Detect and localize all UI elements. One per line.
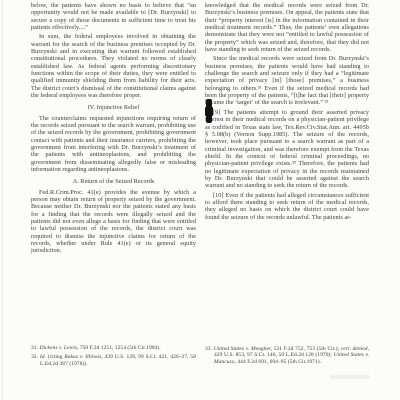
rule41e-paragraph: Fed.R.Crim.Proc. 41(e) provides the aven… <box>31 189 196 255</box>
footnote-33-number: 33. <box>205 346 214 352</box>
footnote-33-reporter-citation-2: 429 U.S. 853, 97 S.Ct. 146, 50 L.Ed.2d 1… <box>214 352 334 358</box>
section-heading-injunctive-relief: IV. Injunctive Relief <box>31 104 196 111</box>
footnote-33-cert-denied: cert. denied, <box>341 346 369 352</box>
headnote-10-paragraph: [10] Even if the patients had alleged ci… <box>205 192 369 221</box>
in-sum-paragraph: In sum, the federal employees involved i… <box>31 33 196 99</box>
since-records-paragraph: Since the medical records were seized fr… <box>205 55 369 106</box>
footnote-32-citing-text: (citing <box>48 354 65 360</box>
left-footnotes: 31. Dickens v. Lewis, 750 F.2d 1251, 125… <box>31 345 196 371</box>
ink-blot-artifact <box>206 99 212 123</box>
right-column: knowledged that the medical records were… <box>205 2 369 368</box>
headnote-9-paragraph: [9] The patients attempt to ground their… <box>205 109 369 190</box>
page-edge-shadow <box>2 0 3 400</box>
footnote-33: 33. United States v. Meagher, 531 F.2d 7… <box>205 346 369 366</box>
left-column: below, the patients have shown no basis … <box>31 2 196 370</box>
footnote-33-reporter-citation-1: 531 F.2d 752, 753 (5th Cir.), <box>274 346 341 352</box>
scan-smudge <box>330 375 370 379</box>
footnote-32-case-citation: Rakas v. Illinois, <box>64 354 104 360</box>
right-footnotes: 33. United States v. Meagher, 531 F.2d 7… <box>205 346 369 369</box>
knowledged-paragraph: knowledged that the medical records were… <box>205 2 369 53</box>
footnote-33-reporter-citation-3: 444 F.2d 691, 694–95 (5th Cir.1971). <box>237 359 321 365</box>
footnote-31-case-citation: Dickens v. Lewis, <box>39 345 79 351</box>
footnote-32-number: 32. <box>31 354 40 360</box>
footnote-32: 32. Id. (citing Rakas v. Illinois, 439 U… <box>31 354 196 367</box>
footnote-33-case-citation-meagher: United States v. Meagher, <box>214 346 274 352</box>
footnote-31: 31. Dickens v. Lewis, 750 F.2d 1251, 125… <box>31 345 196 352</box>
footnote-32-id-citation: Id. <box>40 354 48 360</box>
counterclaims-paragraph: The counterclaims requested injunctions … <box>31 115 196 174</box>
scanned-case-report-page: below, the patients have shown no basis … <box>0 0 400 400</box>
continuation-paragraph: below, the patients have shown no basis … <box>31 2 196 31</box>
subsection-heading-return-of-records: A. Return of the Seized Records <box>31 178 196 185</box>
footnote-31-reporter-citation: 750 F.2d 1251, 1254 (5th Cir.1984). <box>80 345 161 351</box>
